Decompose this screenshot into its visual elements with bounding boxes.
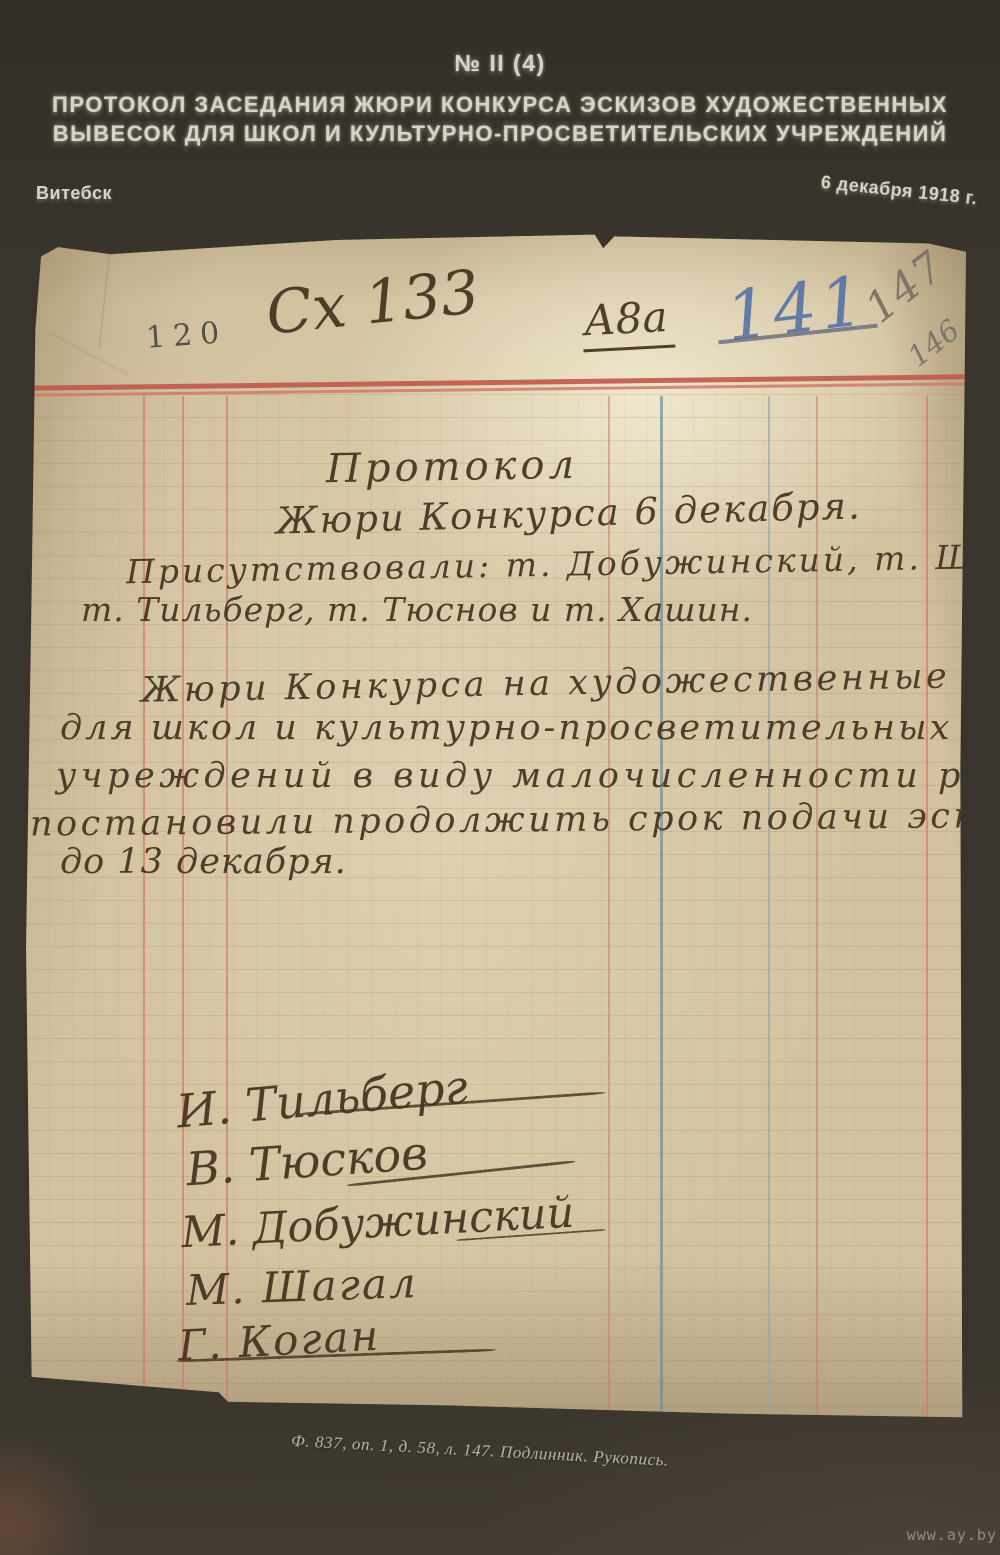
doc-body-line2-text: для школ и культурно-просветительных: [60, 708, 952, 748]
header-title-line2: ВЫВЕСОК ДЛЯ ШКОЛ И КУЛЬТУРНО-ПРОСВЕТИТЕЛ…: [0, 121, 1000, 147]
watermark-text: www.ay.by: [907, 1526, 997, 1544]
vertical-rule-red: [143, 396, 145, 1418]
doc-body-line4: постановили продолжить срок подачи эскиз…: [30, 795, 1000, 844]
stamp-number: 120: [145, 315, 229, 356]
header-title-line1: ПРОТОКОЛ ЗАСЕДАНИЯ ЖЮРИ КОНКУРСА ЭСКИЗОВ…: [0, 92, 1000, 118]
doc-body-line2-crossed-word: вывесок: [966, 708, 1000, 748]
document-photo: 120 Сх 133 А8а 141 147 146 Протокол Жюри…: [26, 234, 966, 1422]
header-place: Витебск: [36, 183, 112, 204]
doc-body-line5: до 13 декабря.: [60, 842, 347, 882]
folio-number-blue: 141: [722, 262, 872, 358]
paper-crease: [98, 240, 111, 350]
doc-body-line2: для школ и культурно-просветительных выв…: [60, 708, 1000, 748]
doc-body-line3: учреждений в виду малочисленности работ: [56, 756, 1000, 796]
archive-caption: Ф. 837, оп. 1, д. 58, л. 147. Подлинник.…: [250, 1429, 710, 1473]
book-page-photo: № II (4) ПРОТОКОЛ ЗАСЕДАНИЯ ЖЮРИ КОНКУРС…: [0, 0, 1000, 1555]
header-number: № II (4): [0, 50, 1000, 77]
doc-heading-line1: Протокол: [326, 442, 579, 492]
paper-crease: [51, 333, 131, 377]
code-mark: А8а: [581, 292, 675, 353]
vertical-rule-red: [182, 396, 184, 1418]
pencil-folio-bottom: 146: [901, 313, 966, 374]
header-date: 6 декабря 1918 г.: [820, 172, 978, 209]
register-mark: Сх 133: [263, 257, 482, 349]
doc-attendees-line2: т. Тильберг, т. Тюснов и т. Хашин.: [81, 590, 753, 629]
signature-chagall: М. Шагал: [185, 1258, 418, 1315]
